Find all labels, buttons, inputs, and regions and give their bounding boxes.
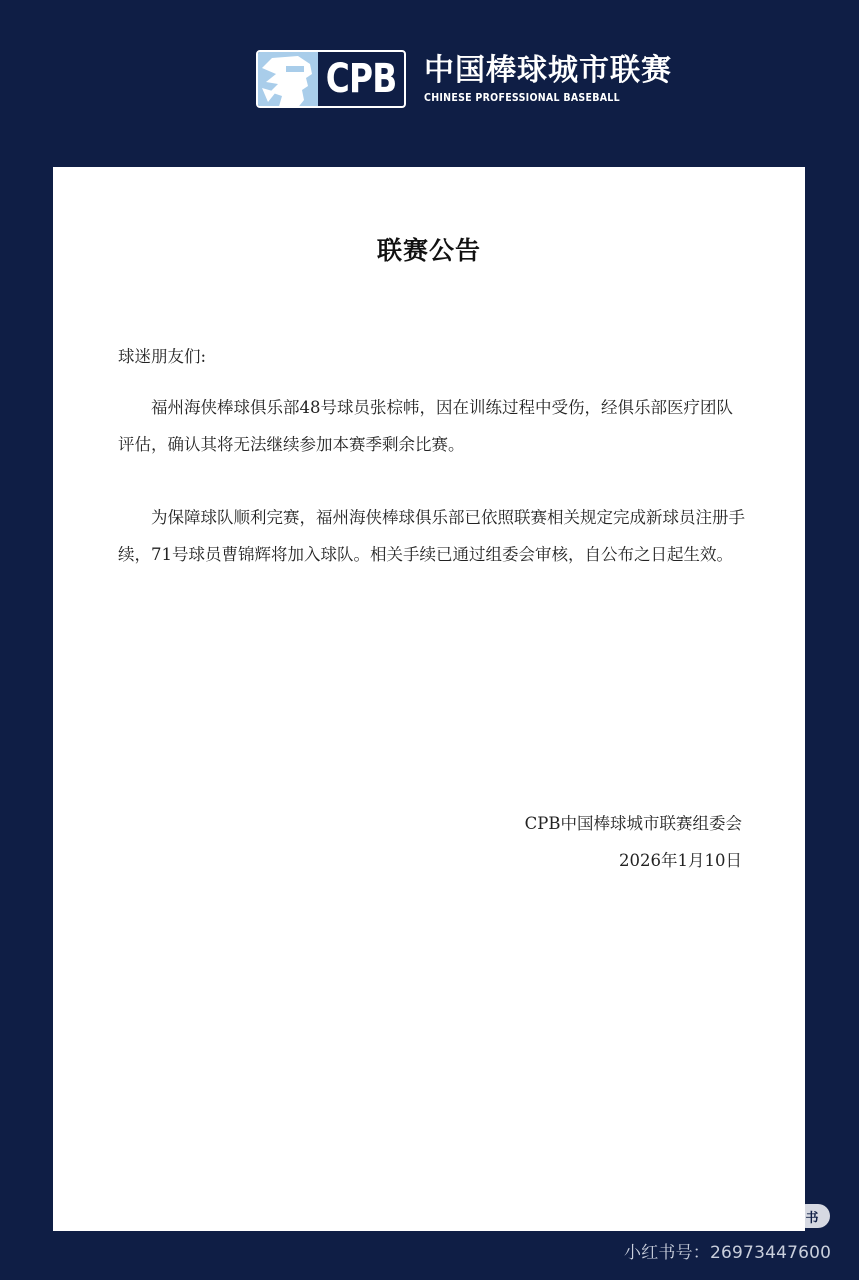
notice-paragraph-1: 福州海侠棒球俱乐部48号球员张棕帏，因在训练过程中受伤，经俱乐部医疗团队评估，确… [118, 389, 746, 463]
batter-emblem-icon [258, 52, 318, 106]
notice-title: 联赛公告 [53, 231, 805, 267]
cpb-badge: CPB [256, 50, 406, 108]
logo-abbr: CPB [326, 52, 397, 106]
league-logo: CPB 中国棒球城市联赛 CHINESE PROFESSIONAL BASEBA… [256, 48, 672, 109]
logo-chinese-name: 中国棒球城市联赛 [424, 54, 672, 88]
logo-english-name: CHINESE PROFESSIONAL BASEBALL [424, 92, 647, 104]
notice-paper: 联赛公告 球迷朋友们: 福州海侠棒球俱乐部48号球员张棕帏，因在训练过程中受伤，… [53, 167, 805, 1231]
signature-date: 2026年1月10日 [619, 847, 742, 871]
notice-paragraph-2: 为保障球队顺利完赛，福州海侠棒球俱乐部已依照联赛相关规定完成新球员注册手续，71… [118, 499, 746, 573]
xiaohongshu-id-watermark: 小红书号：26973447600 [624, 1238, 831, 1263]
signature-organization: CPB中国棒球城市联赛组委会 [525, 810, 742, 834]
notice-greeting: 球迷朋友们: [118, 343, 206, 367]
